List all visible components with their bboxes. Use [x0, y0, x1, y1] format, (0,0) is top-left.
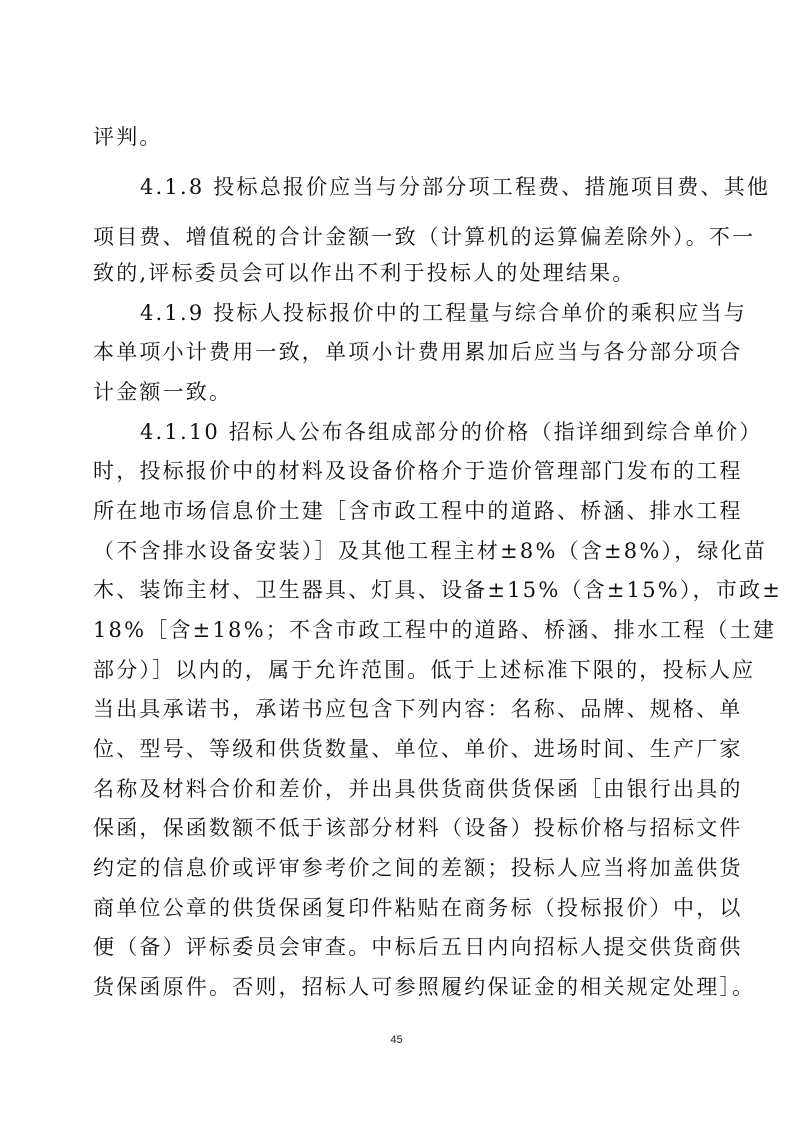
text-line: 计金额一致。 — [93, 377, 707, 407]
text-line: 4.1.9 投标人投标报价中的工程量与综合单价的乘积应当与 — [140, 298, 707, 328]
text-line: 4.1.8 投标总报价应当与分部分项工程费、措施项目费、其他 — [140, 172, 707, 202]
text-line: 部分）］以内的，属于允许范围。低于上述标准下限的，投标人应 — [93, 655, 707, 685]
document-page: 评判。 4.1.8 投标总报价应当与分部分项工程费、措施项目费、其他 项目费、增… — [0, 0, 793, 1122]
text-line: 评判。 — [93, 122, 707, 152]
text-line: 当出具承诺书，承诺书应包含下列内容：名称、品牌、规格、单 — [93, 694, 707, 724]
text-line: 货保函原件。否则，招标人可参照履约保证金的相关规定处理］。 — [93, 972, 707, 1002]
text-line: 名称及材料合价和差价，并出具供货商供货保函［由银行出具的 — [93, 774, 707, 804]
text-line: （不含排水设备安装）］及其他工程主材±8%（含±8%），绿化苗 — [93, 536, 707, 566]
text-line: 所在地市场信息价土建［含市政工程中的道路、桥涵、排水工程 — [93, 496, 707, 526]
text-line: 木、装饰主材、卫生器具、灯具、设备±15%（含±15%），市政± — [93, 575, 707, 605]
page-number: 45 — [0, 1034, 793, 1046]
text-line: 时，投标报价中的材料及设备价格介于造价管理部门发布的工程 — [93, 456, 707, 486]
text-line: 便（备）评标委员会审查。中标后五日内向招标人提交供货商供 — [93, 932, 707, 962]
text-line: 项目费、增值税的合计金额一致（计算机的运算偏差除外）。不一 — [93, 222, 707, 252]
text-line: 4.1.10 招标人公布各组成部分的价格（指详细到综合单价） — [140, 417, 707, 447]
text-line: 约定的信息价或评审参考价之间的差额；投标人应当将加盖供货 — [93, 853, 707, 883]
text-line: 保函，保函数额不低于该部分材料（设备）投标价格与招标文件 — [93, 813, 707, 843]
text-line: 商单位公章的供货保函复印件粘贴在商务标（投标报价）中，以 — [93, 893, 707, 923]
text-line: 位、型号、等级和供货数量、单位、单价、进场时间、生产厂家 — [93, 734, 707, 764]
text-line: 18%［含±18%；不含市政工程中的道路、桥涵、排水工程（土建 — [93, 615, 707, 645]
text-line: 致的,评标委员会可以作出不利于投标人的处理结果。 — [93, 258, 707, 288]
text-line: 本单项小计费用一致，单项小计费用累加后应当与各分部分项合 — [93, 337, 707, 367]
